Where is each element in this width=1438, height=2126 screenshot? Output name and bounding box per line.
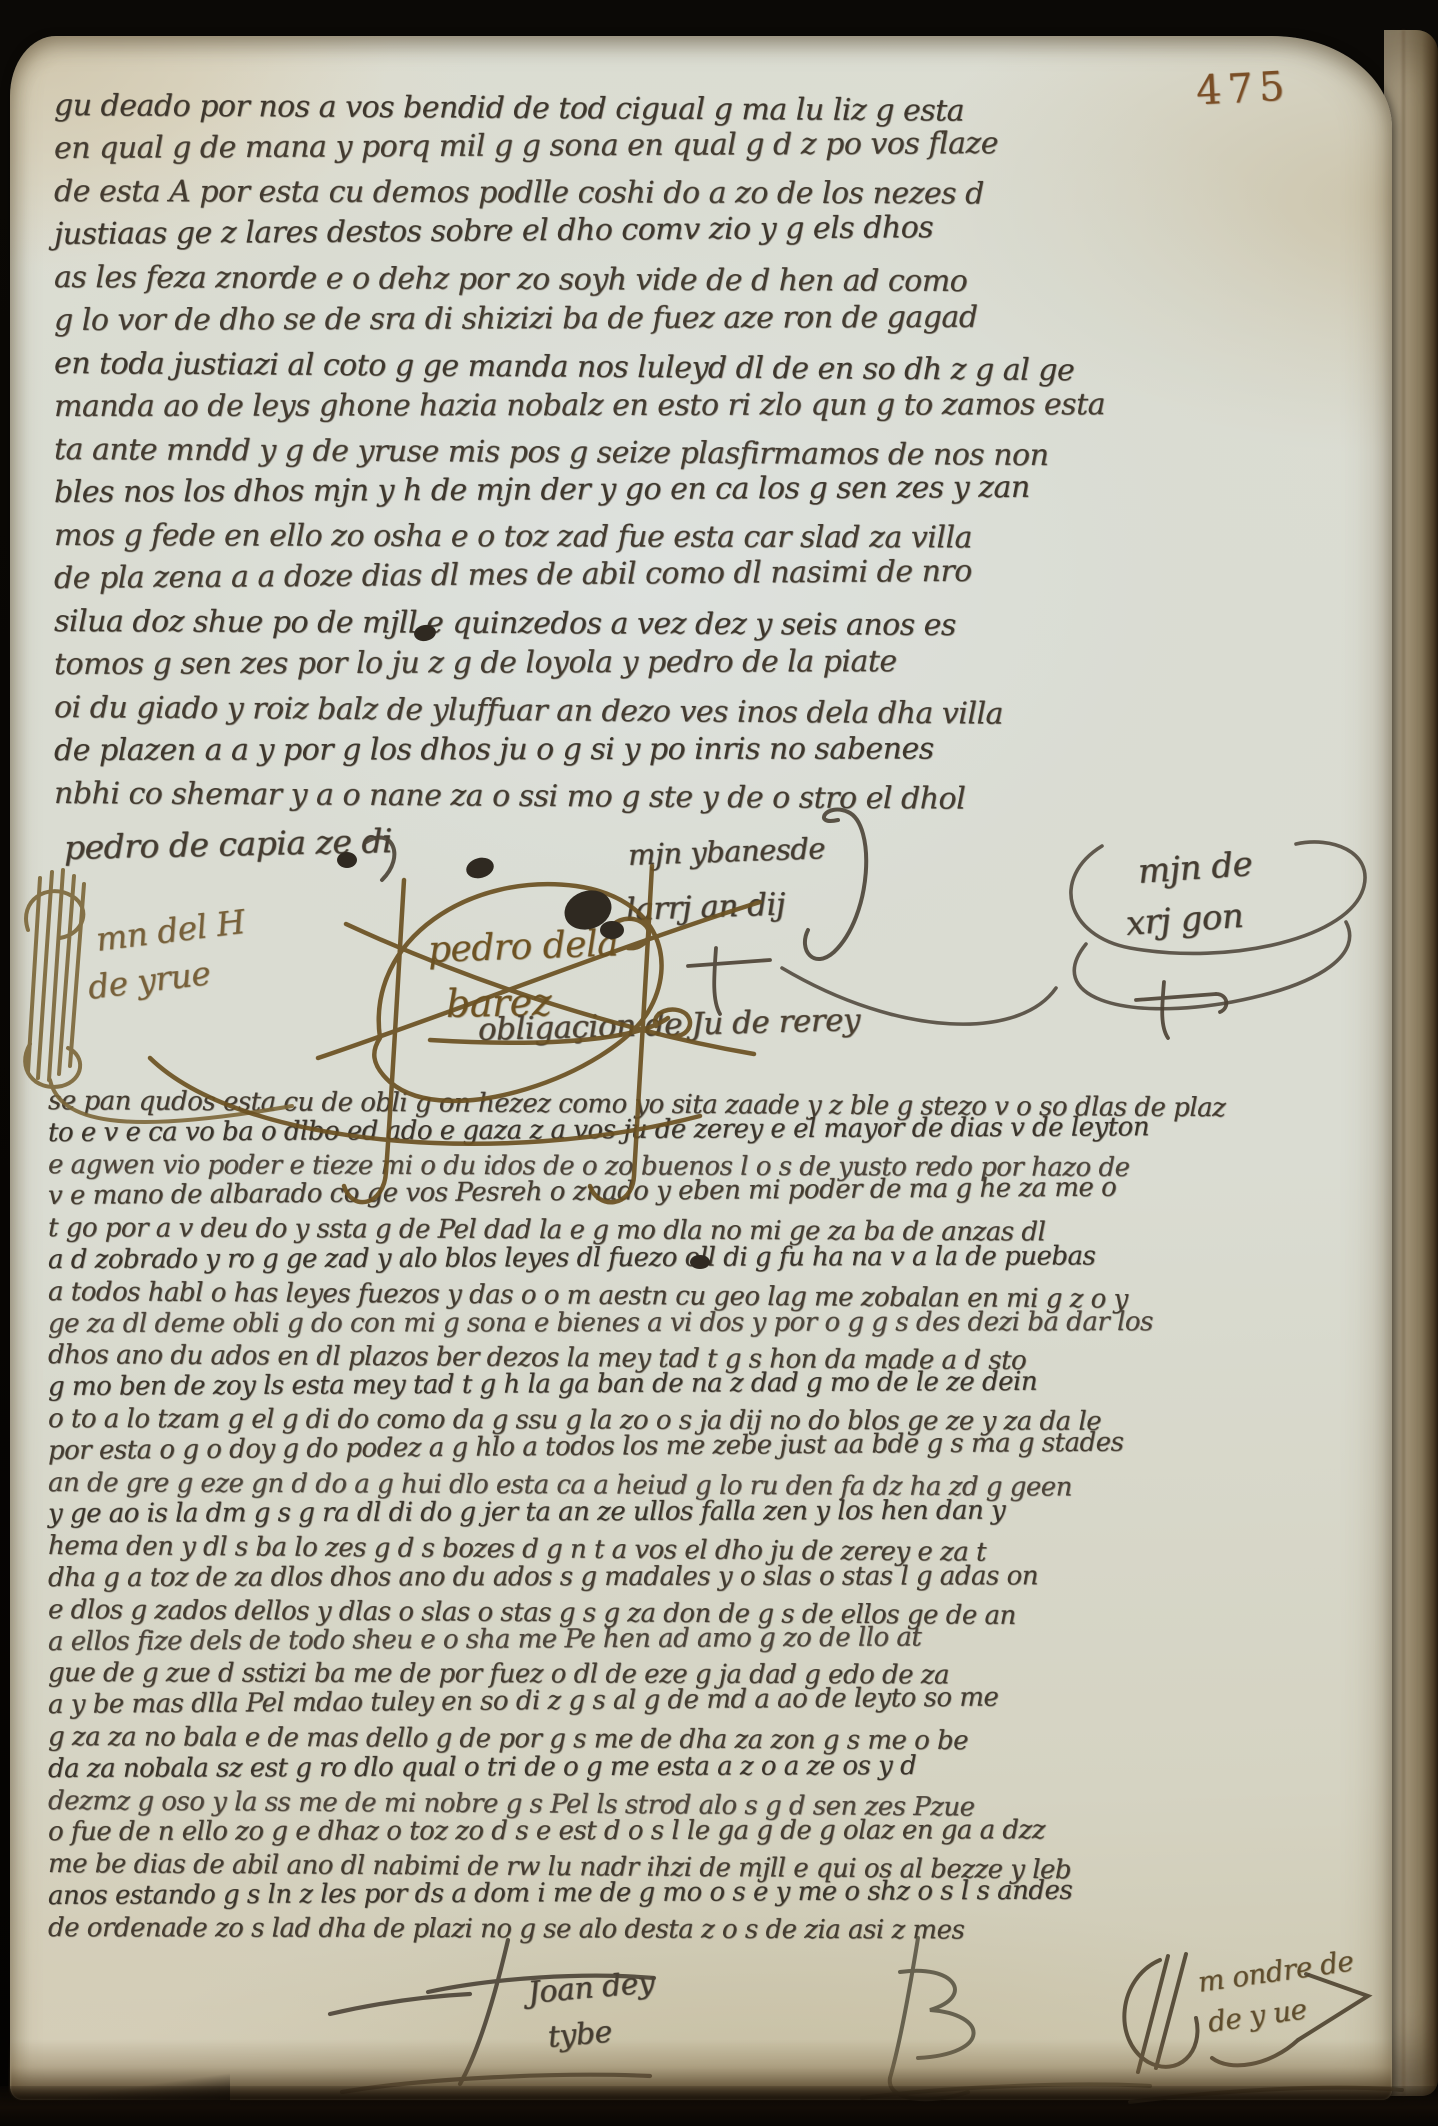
signature-center-line1: pedro dela xyxy=(427,923,618,971)
manuscript-line: o fue de n ello zo g e dhaz o toz zo d s… xyxy=(48,1815,1400,1849)
manuscript-line: justiaas ge z lares destos sobre el dho … xyxy=(54,202,1398,256)
scan-bottom-black xyxy=(0,2086,1438,2126)
text-block-1: gu deado por nos a vos bendid de tod cig… xyxy=(54,84,1398,815)
manuscript-line: bles nos los dhos mjn y h de mjn der y g… xyxy=(54,464,1398,514)
signature-right-line1: mjn de xyxy=(1137,844,1254,892)
manuscript-line: de pla zena a a doze dias dl mes de abil… xyxy=(54,546,1398,600)
signature-witness-line2: larrj an dij xyxy=(625,886,785,928)
manuscript-line: y ge ao is la dm g s g ra dl di do g jer… xyxy=(48,1495,1400,1532)
manuscript-line: ge za dl deme obli g do con mi g sona e … xyxy=(48,1306,1400,1340)
manuscript-line: dha g a toz de za dlos dhos ano du ados … xyxy=(48,1561,1400,1595)
manuscript-line: a ellos fize dels de todo sheu e o sha m… xyxy=(48,1619,1400,1658)
manuscript-line: en qual g de mana y porq mil g g sona en… xyxy=(54,120,1398,170)
manuscript-line: a d zobrado y ro g ge zad y alo blos ley… xyxy=(48,1240,1400,1277)
manuscript-line: to e v e ca vo ba o dlbo ed ado e gaza z… xyxy=(48,1111,1400,1150)
text-block-2: se pan qudos esta cu de obli g on hezez … xyxy=(48,1086,1400,1945)
manuscript-line: da za nobala sz est g ro dlo qual o tri … xyxy=(48,1749,1400,1786)
manuscript-line: manda ao de leys ghone hazia nobalz en e… xyxy=(54,383,1398,428)
manuscript-scan: 475 gu deado por nos a vos bendid de tod… xyxy=(0,0,1438,2126)
manuscript-line: tomos g sen zes por lo ju z g de loyola … xyxy=(54,638,1398,686)
manuscript-line: nbhi co shemar y a o nane za o ssi mo g … xyxy=(54,772,1398,823)
text-block-1-last-line: pedro de capia ze di xyxy=(64,821,393,867)
signature-right-line2: xrj gon xyxy=(1125,896,1245,944)
signature-witness-line1: mjn ybanesde xyxy=(627,831,825,872)
manuscript-line: de ordenade zo s lad dha de plazi no g s… xyxy=(48,1913,1400,1948)
manuscript-line: g lo vor de dho se de sra di shizizi ba … xyxy=(54,294,1398,342)
manuscript-line: g mo ben de zoy ls esta mey tad t g h la… xyxy=(48,1365,1400,1404)
manuscript-line: anos estando g s ln z les por ds a dom i… xyxy=(48,1874,1400,1913)
manuscript-line: de plazen a a y por g los dhos ju o g si… xyxy=(54,727,1398,772)
